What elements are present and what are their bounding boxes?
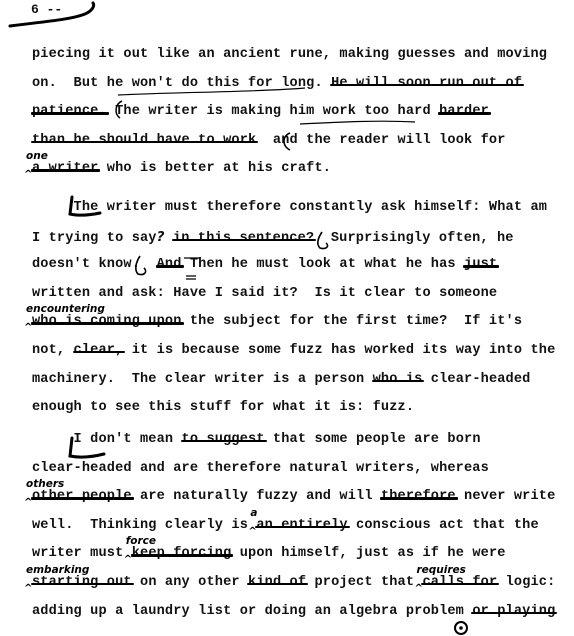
struck-text: in this sentence? [173, 231, 314, 246]
text-line: adding up a laundry list or doing an alg… [32, 604, 555, 620]
text-line: than he should have to work and the read… [32, 133, 506, 149]
struck-text: to suggest [182, 432, 265, 447]
struck-text: therefore [381, 489, 456, 504]
handwritten-insertion: one [26, 151, 48, 161]
typed-text: the subject for the first time? If it's [182, 314, 523, 329]
insertion-caret-icon: ^ [24, 497, 32, 508]
struck-text: who is coming upon [32, 314, 182, 329]
typed-text: doesn't know. [32, 257, 157, 272]
text-line: well. Thinking clearly is an entirely co… [32, 518, 539, 534]
struck-text: just [464, 257, 497, 272]
text-line: written and ask: Have I said it? Is it c… [32, 286, 497, 302]
handwritten-insertion: others [26, 479, 64, 489]
text-line: patience. The writer is making him work … [32, 104, 489, 120]
insertion-caret-icon: ^ [414, 583, 422, 594]
struck-text: patience. [32, 104, 107, 119]
struck-text: And [157, 257, 182, 272]
insertion-caret-icon: ^ [248, 526, 256, 537]
typed-text: writer must [32, 546, 132, 561]
text-line: clear-headed and are therefore natural w… [32, 461, 489, 477]
struck-text: calls for [422, 575, 497, 590]
text-line: starting out on any other kind of projec… [32, 575, 555, 591]
text-line: on. But he won't do this for long. He wi… [32, 76, 522, 92]
struck-text: keep forcing [132, 546, 232, 561]
text-line: I trying to say? in this sentence? Surpr… [32, 229, 514, 247]
struck-text: other people [32, 489, 132, 504]
typed-text: logic: [497, 575, 555, 590]
struck-text: starting out [32, 575, 132, 590]
text-line: I don't mean to suggest that some people… [32, 432, 481, 448]
struck-text: harder [439, 104, 489, 119]
struck-text: who is [373, 372, 423, 387]
typed-text: are naturally fuzzy and will [132, 489, 381, 504]
typed-text: clear-headed [422, 372, 530, 387]
typed-text: conscious act that the [348, 518, 539, 533]
text-line: machinery. The clear writer is a person … [32, 372, 530, 388]
page-number: 6 -- [31, 2, 62, 17]
typed-text: I don't mean [32, 432, 182, 447]
typed-text: project that [306, 575, 422, 590]
typed-text: and the reader will look for [256, 133, 505, 148]
typed-text: ? [157, 229, 165, 245]
text-line: enough to see this stuff for what it is:… [32, 400, 414, 416]
typed-text: machinery. The clear writer is a person [32, 372, 373, 387]
text-line: a writer who is better at his craft. [32, 161, 331, 177]
handwritten-insertion: embarking [26, 565, 89, 575]
insertion-caret-icon: ^ [24, 583, 32, 594]
typed-text: Then he must look at what he has [182, 257, 464, 272]
typed-text: that some people are born [265, 432, 481, 447]
text-line: who is coming upon the subject for the f… [32, 314, 522, 330]
text-line: doesn't know. And Then he must look at w… [32, 257, 497, 273]
typed-text: written and ask: Have I said it? Is it c… [32, 286, 497, 301]
text-line: writer must keep forcing upon himself, j… [32, 546, 506, 562]
handwritten-insertion: encountering [26, 304, 105, 314]
typed-text: I trying to say [32, 231, 157, 246]
handwritten-insertion: requires [416, 565, 465, 575]
struck-text: clear, [74, 343, 124, 358]
typed-text: Surprisingly often, he [314, 231, 513, 246]
struck-text: than he should have to work [32, 133, 256, 148]
handwritten-insertion: force [126, 536, 156, 546]
typed-text: clear-headed and are therefore natural w… [32, 461, 489, 476]
struck-text: a writer [32, 161, 98, 176]
typed-text: upon himself, just as if he were [231, 546, 505, 561]
typed-text: never write [456, 489, 556, 504]
typed-text: well. Thinking clearly is [32, 518, 256, 533]
struck-text: or playing [472, 604, 555, 619]
insertion-caret-icon: ^ [24, 322, 32, 333]
struck-text: kind of [248, 575, 306, 590]
handwritten-insertion: a [250, 508, 257, 518]
struck-text: an entirely [256, 518, 347, 533]
typed-text: it is because some fuzz has worked its w… [123, 343, 555, 358]
typed-text: who is better at his craft. [98, 161, 331, 176]
text-line: piecing it out like an ancient rune, mak… [32, 47, 547, 63]
insertion-caret-icon: ^ [124, 554, 132, 565]
text-line: The writer must therefore constantly ask… [32, 200, 547, 216]
typed-text: adding up a laundry list or doing an alg… [32, 604, 472, 619]
typed-text: not, [32, 343, 74, 358]
typed-text: The writer is making him work too hard [107, 104, 439, 119]
typed-text: on any other [132, 575, 248, 590]
text-line: other people are naturally fuzzy and wil… [32, 489, 555, 505]
typed-text: The writer must therefore constantly ask… [32, 200, 547, 215]
typed-text: piecing it out like an ancient rune, mak… [32, 47, 547, 62]
typed-text: enough to see this stuff for what it is:… [32, 400, 414, 415]
struck-text: He will soon run out of [331, 76, 522, 91]
text-line: not, clear, it is because some fuzz has … [32, 343, 555, 359]
typed-text: on. But he won't do this for long. [32, 76, 331, 91]
insertion-caret-icon: ^ [24, 169, 32, 180]
